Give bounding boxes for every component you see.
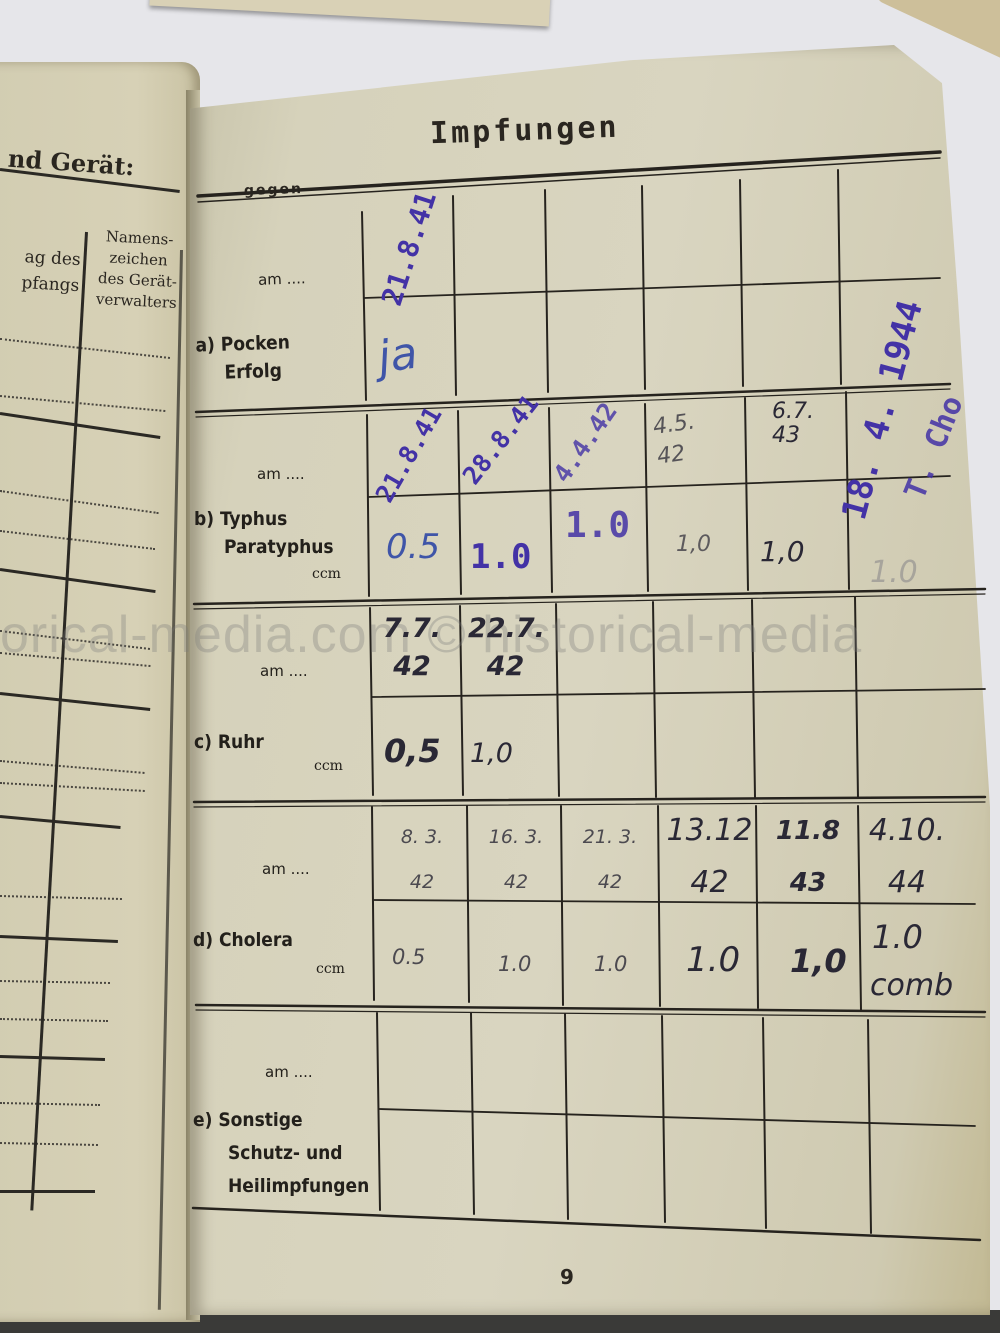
faint-pencil-mark: 1.0 (870, 555, 918, 590)
cholera-note: comb (870, 968, 953, 1003)
ccm-label-b: ccm (312, 566, 341, 582)
cholera-date-4: 13.12 42 (662, 805, 757, 909)
page-number: 9 (560, 1265, 574, 1289)
cholera-dose-2: 1.0 (498, 952, 531, 976)
cholera-dose-5: 1,0 (790, 942, 847, 980)
typhus-date-5: 6.7. 43 (772, 400, 812, 448)
cholera-date-2: 16. 3. 42 (476, 815, 556, 905)
background-paper-scrap (149, 0, 550, 26)
ruhr-dose-1: 0,5 (384, 732, 441, 770)
am-label-a: am .... (258, 269, 306, 289)
section-b-label: b) Typhus Paratyphus (194, 505, 334, 561)
cholera-date-3: 21. 3. 42 (570, 815, 650, 905)
cholera-dose-3: 1.0 (594, 952, 627, 976)
cholera-date-5: 11.8 43 (768, 805, 848, 909)
cholera-dose-1: 0.5 (392, 945, 425, 969)
cholera-dose-6: 1.0 (872, 918, 923, 956)
section-d-label: d) Cholera (193, 926, 293, 954)
gegen-label: gegen (244, 181, 304, 199)
cholera-date-6: 4.10. 44 (862, 805, 952, 909)
ccm-label-c: ccm (314, 758, 343, 774)
page-title: Impfungen (429, 110, 620, 152)
am-label-e: am .... (265, 1063, 313, 1081)
pocken-result: ja (375, 328, 421, 384)
cholera-dose-4: 1.0 (686, 940, 740, 980)
left-col1-header: ag des pfangs (0, 243, 81, 299)
typhus-dose-5: 1,0 (760, 535, 805, 568)
ruhr-date-2: 22.7. 42 (468, 610, 543, 686)
section-c-label: c) Ruhr (194, 728, 264, 756)
typhus-date-4: 4.5. 42 (651, 403, 729, 472)
cholera-date-1: 8. 3. 42 (382, 815, 462, 905)
ruhr-date-1: 7.7. 42 (382, 610, 442, 686)
am-label-b: am .... (257, 465, 305, 483)
ruling-line (0, 1190, 95, 1193)
typhus-dose-1: 0.5 (386, 527, 440, 567)
am-label-d: am .... (262, 860, 310, 878)
typhus-dose-2: 1.0 (470, 537, 531, 577)
typhus-dose-3: 1.0 (565, 505, 630, 546)
ruhr-dose-2: 1,0 (470, 738, 513, 769)
typhus-dose-4: 1,0 (676, 532, 711, 557)
ccm-label-d: ccm (316, 961, 345, 977)
section-e-label: e) Sonstige Schutz- und Heilimpfungen (193, 1104, 369, 1203)
left-col2-header: Namens- zeichen des Gerät- verwalters (86, 225, 190, 314)
section-a-label: a) Pocken Erfolg (195, 328, 291, 387)
